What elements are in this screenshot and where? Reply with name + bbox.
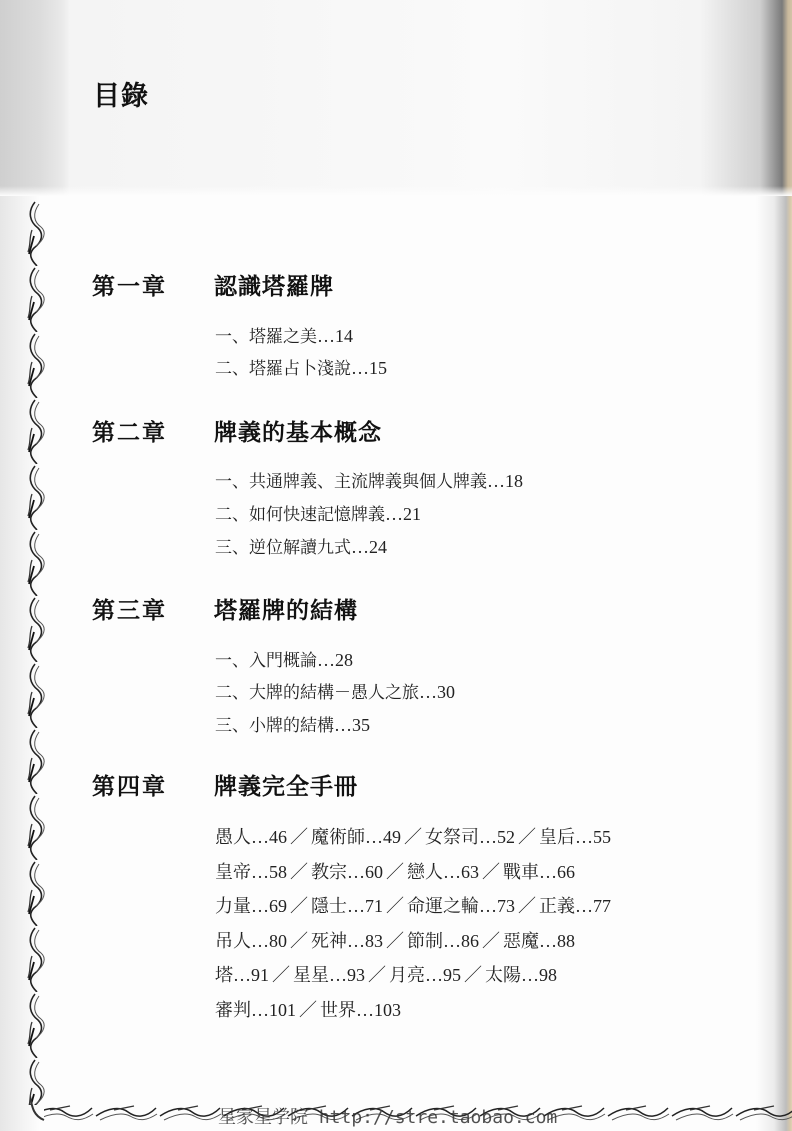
toc-entry[interactable]: 二、如何快速記憶牌義…21 (215, 500, 421, 525)
chapter-4-heading: 第四章牌義完全手冊 (92, 768, 358, 801)
chapter-title: 認識塔羅牌 (214, 273, 334, 300)
card-row: 愚人…46／魔術師…49／女祭司…52／皇后…55 (215, 820, 611, 855)
separator: ／ (296, 1000, 320, 1021)
separator: ／ (461, 965, 485, 986)
entry-page: …21 (385, 504, 421, 524)
card-name: 教宗 (311, 862, 347, 883)
separator: ／ (479, 931, 503, 952)
card-row: 吊人…80／死神…83／節制…86／惡魔…88 (215, 924, 611, 959)
card-entry[interactable]: 戰車…66 (503, 862, 575, 883)
card-name: 隱士 (311, 896, 347, 917)
card-entry[interactable]: 太陽…98 (485, 965, 557, 986)
card-entry[interactable]: 審判…101 (215, 1000, 296, 1021)
card-page: …86 (443, 931, 479, 951)
separator: ／ (383, 896, 407, 917)
card-page: …60 (347, 862, 383, 882)
page-edge-shadow (756, 196, 792, 1131)
entry-page: …35 (334, 715, 370, 735)
card-name: 戰車 (503, 862, 539, 883)
toc-entry[interactable]: 一、共通牌義、主流牌義與個人牌義…18 (215, 467, 523, 492)
separator: ／ (479, 862, 503, 883)
card-row: 塔…91／星星…93／月亮…95／太陽…98 (215, 958, 611, 993)
separator: ／ (287, 931, 311, 952)
chapter-1-heading: 第一章認識塔羅牌 (92, 268, 334, 301)
card-page: …101 (251, 1000, 296, 1020)
card-entry[interactable]: 力量…69 (215, 896, 287, 917)
toc-entry[interactable]: 二、塔羅占卜淺說…15 (215, 354, 387, 379)
card-name: 正義 (539, 896, 575, 917)
card-row: 皇帝…58／教宗…60／戀人…63／戰車…66 (215, 855, 611, 890)
card-name: 愚人 (215, 827, 251, 848)
card-name: 節制 (407, 931, 443, 952)
card-page: …55 (575, 827, 611, 847)
card-entry[interactable]: 愚人…46 (215, 827, 287, 848)
toc-entry[interactable]: 一、入門概論…28 (215, 646, 353, 671)
card-name: 魔術師 (311, 827, 365, 848)
card-page: …63 (443, 862, 479, 882)
card-entry[interactable]: 皇后…55 (539, 827, 611, 848)
card-page: …88 (539, 931, 575, 951)
entry-label: 三、逆位解讀九式 (215, 538, 351, 558)
toc-entry[interactable]: 三、小牌的結構…35 (215, 711, 370, 736)
card-name: 力量 (215, 896, 251, 917)
card-name: 世界 (320, 1000, 356, 1021)
separator: ／ (365, 965, 389, 986)
entry-label: 一、塔羅之美 (215, 327, 317, 347)
card-page: …73 (479, 896, 515, 916)
chapter-3-heading: 第三章塔羅牌的結構 (92, 592, 358, 625)
card-entry[interactable]: 隱士…71 (311, 896, 383, 917)
chapter-number: 第四章 (92, 768, 214, 801)
separator: ／ (287, 827, 311, 848)
card-entry[interactable]: 節制…86 (407, 931, 479, 952)
card-name: 塔 (215, 965, 233, 986)
card-index: 愚人…46／魔術師…49／女祭司…52／皇后…55 皇帝…58／教宗…60／戀人… (215, 820, 611, 1027)
entry-page: …18 (487, 471, 523, 491)
toc-entry[interactable]: 二、大牌的結構－愚人之旅…30 (215, 678, 455, 703)
vine-border-left-icon (22, 200, 52, 1105)
separator: ／ (269, 965, 293, 986)
chapter-number: 第二章 (92, 414, 214, 447)
entry-page: …14 (317, 326, 353, 346)
card-name: 戀人 (407, 862, 443, 883)
page-title: 目錄 (93, 74, 149, 113)
card-page: …98 (521, 965, 557, 985)
card-page: …52 (479, 827, 515, 847)
card-name: 太陽 (485, 965, 521, 986)
card-row: 審判…101／世界…103 (215, 993, 611, 1028)
chapter-title: 牌義的基本概念 (214, 419, 382, 446)
card-row: 力量…69／隱士…71／命運之輪…73／正義…77 (215, 889, 611, 924)
chapter-title: 牌義完全手冊 (214, 773, 358, 800)
entry-label: 三、小牌的結構 (215, 716, 334, 736)
toc-entry[interactable]: 三、逆位解讀九式…24 (215, 533, 387, 558)
card-entry[interactable]: 皇帝…58 (215, 862, 287, 883)
card-page: …93 (329, 965, 365, 985)
card-page: …77 (575, 896, 611, 916)
card-name: 星星 (293, 965, 329, 986)
card-entry[interactable]: 世界…103 (320, 1000, 401, 1021)
card-entry[interactable]: 吊人…80 (215, 931, 287, 952)
entry-page: …30 (419, 682, 455, 702)
card-name: 皇后 (539, 827, 575, 848)
chapter-2-heading: 第二章牌義的基本概念 (92, 414, 382, 447)
card-entry[interactable]: 惡魔…88 (503, 931, 575, 952)
entry-page: …28 (317, 650, 353, 670)
card-page: …49 (365, 827, 401, 847)
card-entry[interactable]: 命運之輪…73 (407, 896, 515, 917)
card-entry[interactable]: 戀人…63 (407, 862, 479, 883)
entry-label: 二、大牌的結構－愚人之旅 (215, 683, 419, 703)
entry-label: 一、入門概論 (215, 651, 317, 671)
separator: ／ (515, 896, 539, 917)
card-entry[interactable]: 塔…91 (215, 965, 269, 986)
card-name: 女祭司 (425, 827, 479, 848)
card-page: …83 (347, 931, 383, 951)
chapter-number: 第一章 (92, 268, 214, 301)
separator: ／ (401, 827, 425, 848)
card-name: 吊人 (215, 931, 251, 952)
card-page: …80 (251, 931, 287, 951)
separator: ／ (515, 827, 539, 848)
chapter-number: 第三章 (92, 592, 214, 625)
chapter-title: 塔羅牌的結構 (214, 597, 358, 624)
card-entry[interactable]: 月亮…95 (389, 965, 461, 986)
card-entry[interactable]: 魔術師…49 (311, 827, 401, 848)
card-entry[interactable]: 教宗…60 (311, 862, 383, 883)
card-name: 惡魔 (503, 931, 539, 952)
card-page: …103 (356, 1000, 401, 1020)
card-page: …46 (251, 827, 287, 847)
card-name: 月亮 (389, 965, 425, 986)
card-name: 審判 (215, 1000, 251, 1021)
entry-page: …24 (351, 537, 387, 557)
toc-entry[interactable]: 一、塔羅之美…14 (215, 322, 353, 347)
card-entry[interactable]: 女祭司…52 (425, 827, 515, 848)
card-name: 皇帝 (215, 862, 251, 883)
watermark-text: 星家星学院 http://stre.taobao.com (218, 1103, 557, 1129)
card-page: …71 (347, 896, 383, 916)
entry-label: 二、塔羅占卜淺說 (215, 359, 351, 379)
card-page: …95 (425, 965, 461, 985)
card-entry[interactable]: 死神…83 (311, 931, 383, 952)
card-entry[interactable]: 星星…93 (293, 965, 365, 986)
entry-page: …15 (351, 358, 387, 378)
card-page: …91 (233, 965, 269, 985)
entry-label: 二、如何快速記憶牌義 (215, 505, 385, 525)
card-page: …69 (251, 896, 287, 916)
separator: ／ (287, 896, 311, 917)
card-name: 死神 (311, 931, 347, 952)
entry-label: 一、共通牌義、主流牌義與個人牌義 (215, 472, 487, 492)
separator: ／ (383, 862, 407, 883)
card-page: …58 (251, 862, 287, 882)
separator: ／ (287, 862, 311, 883)
card-name: 命運之輪 (407, 896, 479, 917)
separator: ／ (383, 931, 407, 952)
card-entry[interactable]: 正義…77 (539, 896, 611, 917)
card-page: …66 (539, 862, 575, 882)
